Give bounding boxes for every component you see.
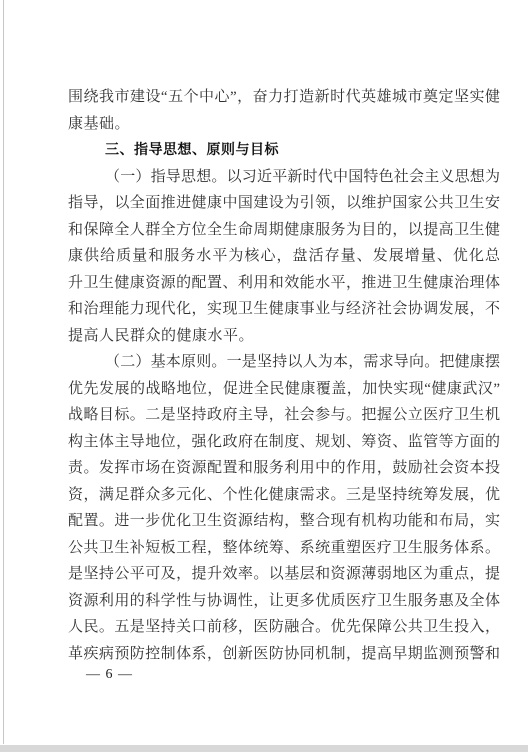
body-line: （一）指导思想。以习近平新时代中国特色社会主义思想为 [68, 164, 500, 191]
body-line: 资，满足群众多元化、个性化健康需求。三是坚持统筹发展，优化 [68, 482, 500, 509]
body-line: 康供给质量和服务水平为核心，盘活存量、发展增量、优化总量，提 [68, 243, 500, 270]
body-line: 战略目标。二是坚持政府主导，社会参与。把握公立医疗卫生机 [68, 402, 500, 429]
page-edge-shadow-left [3, 0, 4, 744]
body-line: 人民。五是坚持关口前移，医防融合。优先保障公共卫生投入，改 [68, 614, 500, 641]
body-line: 围绕我市建设“五个中心”，奋力打造新时代英雄城市奠定坚实健 [68, 84, 500, 111]
body-line: 指导，以全面推进健康中国建设为引领，以维护国家公共卫生安全 [68, 190, 500, 217]
body-line: （二）基本原则。一是坚持以人为本，需求导向。把健康摆在 [68, 349, 500, 376]
body-line: 康基础。 [68, 111, 500, 138]
body-line: 和治理能力现代化，实现卫生健康事业与经济社会协调发展，不断 [68, 296, 500, 323]
document-page: 围绕我市建设“五个中心”，奋力打造新时代英雄城市奠定坚实健 康基础。 三、指导思… [0, 0, 528, 752]
section-heading: 三、指导思想、原则与目标 [68, 137, 500, 164]
body-line: 升卫生健康资源的配置、利用和效能水平，推进卫生健康治理体系 [68, 270, 500, 297]
body-line: 构主体主导地位，强化政府在制度、规划、筹资、监管等方面的职 [68, 429, 500, 456]
body-line: 是坚持公平可及，提升效率。以基层和资源薄弱地区为重点，提高 [68, 561, 500, 588]
body-line: 和保障全人群全方位全生命周期健康服务为目的，以提高卫生健 [68, 217, 500, 244]
body-line: 责。发挥市场在资源配置和服务利用中的作用，鼓励社会资本投 [68, 455, 500, 482]
body-line: 提高人民群众的健康水平。 [68, 323, 500, 350]
document-text: 围绕我市建设“五个中心”，奋力打造新时代英雄城市奠定坚实健 康基础。 三、指导思… [68, 84, 500, 667]
body-line: 配置。进一步优化卫生资源结构，整合现有机构功能和布局，实施 [68, 508, 500, 535]
page-edge-shadow-bottom [0, 745, 528, 752]
body-line: 优先发展的战略地位，促进全民健康覆盖，加快实现“健康武汉” [68, 376, 500, 403]
page-number: — 6 — [86, 664, 133, 686]
body-line: 公共卫生补短板工程，整体统筹、系统重塑医疗卫生服务体系。四 [68, 535, 500, 562]
body-line: 资源利用的科学性与协调性，让更多优质医疗卫生服务惠及全体 [68, 588, 500, 615]
